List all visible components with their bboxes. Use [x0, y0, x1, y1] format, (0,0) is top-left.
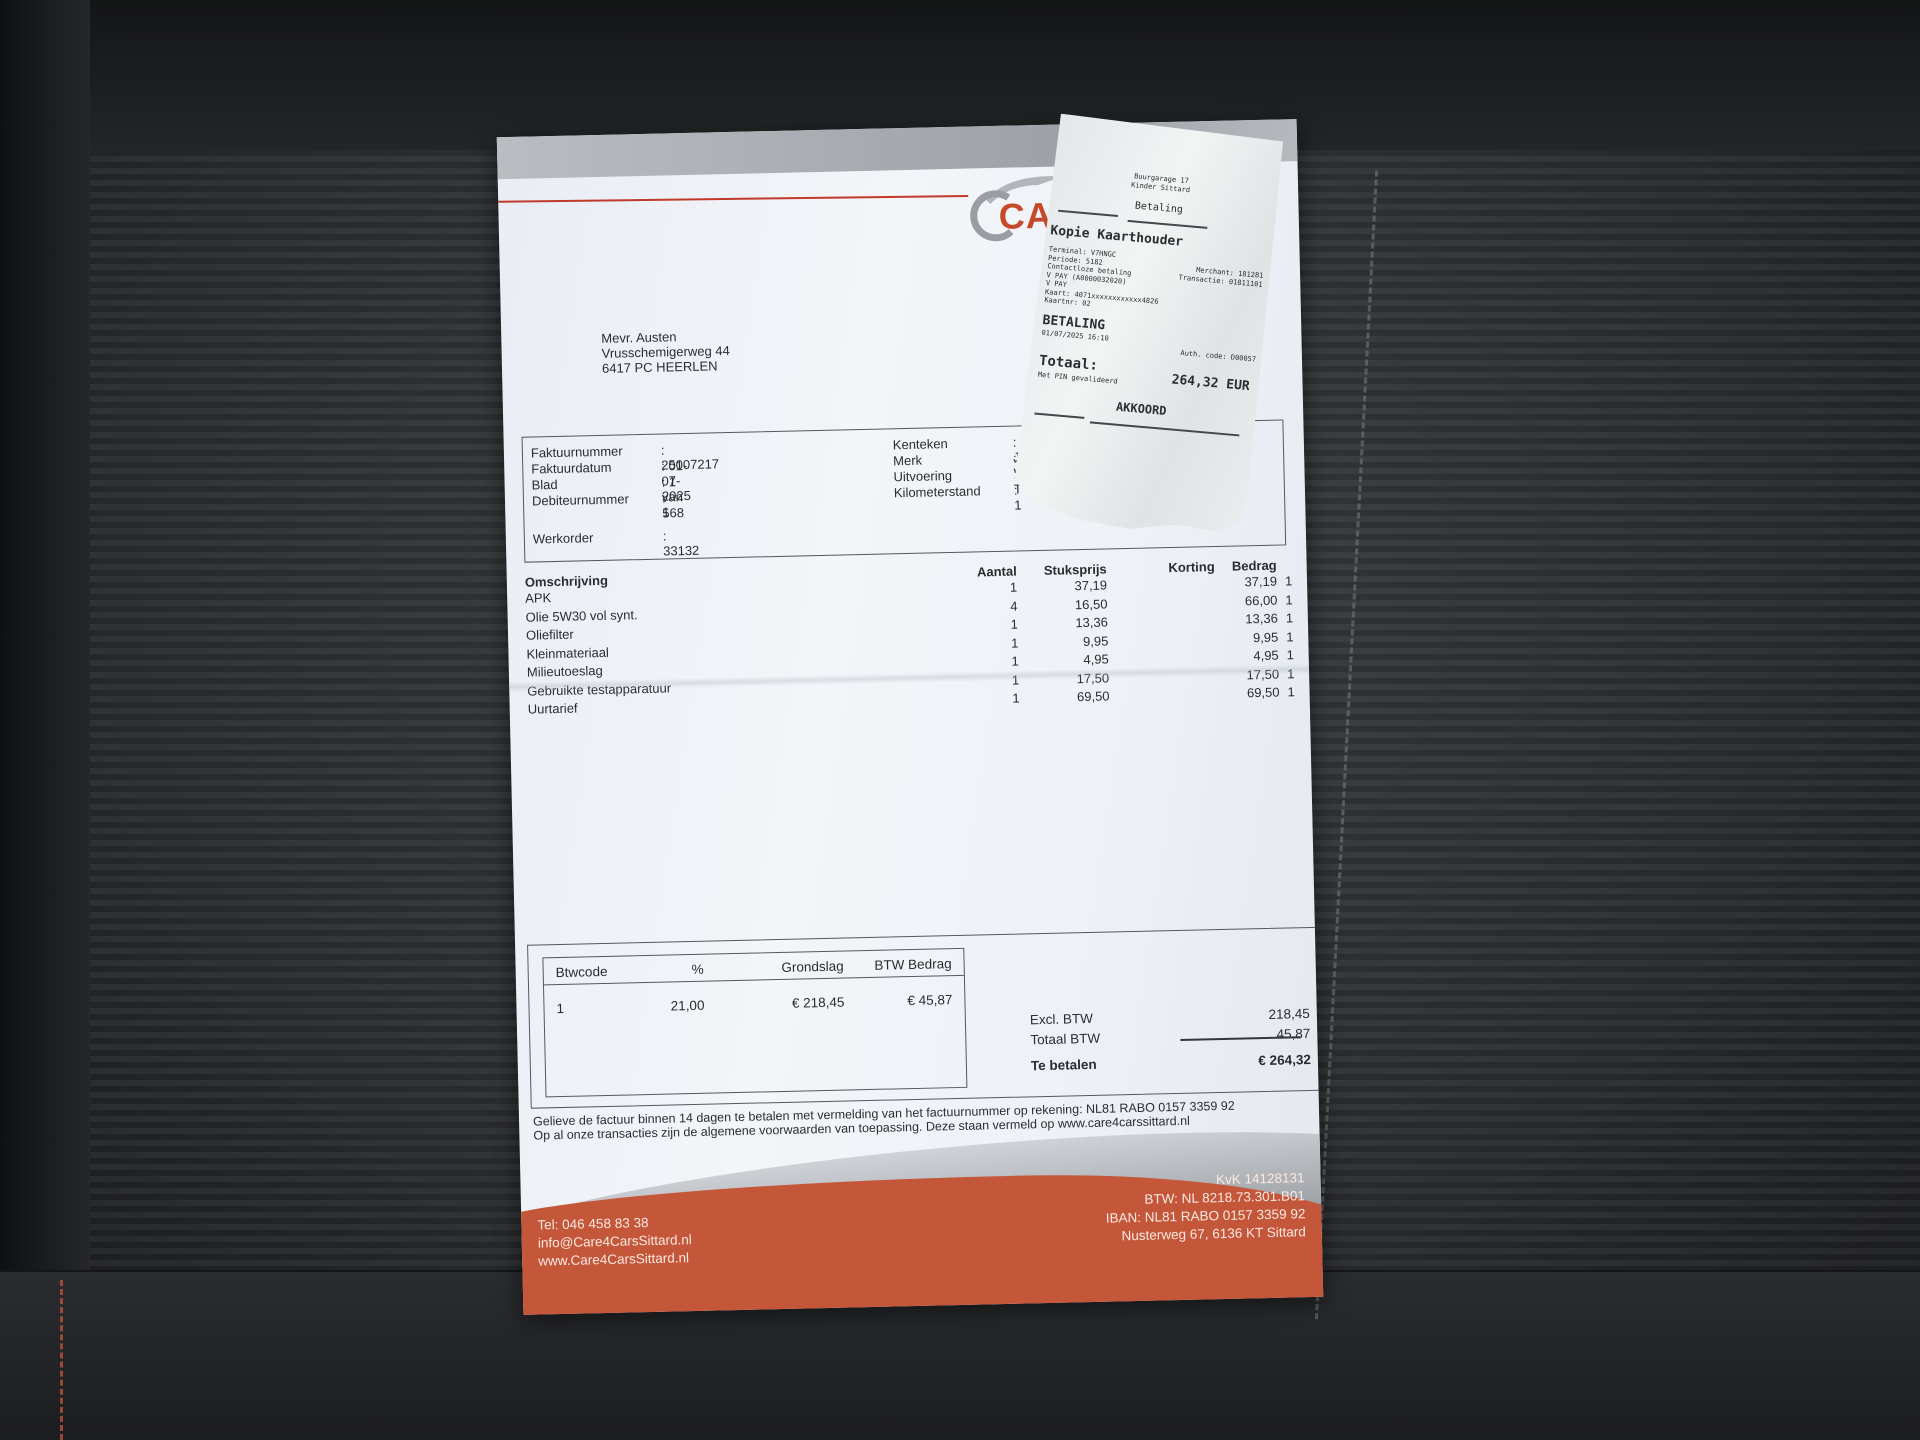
line-description: Milieutoeslag — [527, 663, 603, 680]
seat-red-stitching — [60, 1280, 69, 1440]
line-vat-code: 1 — [1286, 629, 1300, 644]
footer-contact: Tel: 046 458 83 38 info@Care4CarsSittard… — [537, 1213, 692, 1270]
total-value: € 264,32 — [1258, 1052, 1311, 1068]
line-description: Uurtarief — [528, 701, 578, 717]
vehicle-label: Merk — [893, 450, 1023, 468]
receipt-divider — [1058, 210, 1118, 217]
line-description: Oliefilter — [526, 627, 574, 643]
vat-total-value: 45,87 — [1276, 1026, 1310, 1042]
receipt-status: AKKOORD — [1035, 393, 1247, 425]
vat-table: Btwcode % Grondslag BTW Bedrag 1 21,00 €… — [542, 948, 967, 1098]
vat-header-row: Btwcode % Grondslag BTW Bedrag — [543, 949, 964, 986]
vat-amount: € 45,87 — [844, 992, 952, 1009]
recipient-address: Mevr. Austen Vrusschemigerweg 44 6417 PC… — [601, 328, 730, 376]
detail-label: Debiteurnummer — [532, 491, 662, 509]
receipt-auth-code: D00057 — [1230, 353, 1256, 363]
summary-total: Te betalen € 264,32 — [1031, 1052, 1311, 1058]
receipt-divider — [1090, 421, 1240, 436]
receipt-divider — [1034, 413, 1084, 419]
line-quantity: 1 — [977, 580, 1017, 596]
line-description: Olie 5W30 vol synt. — [525, 607, 637, 625]
receipt-divider — [1128, 220, 1208, 228]
vat-header-percent: % — [654, 962, 704, 978]
detail-label: Werkorder — [533, 529, 663, 547]
vat-header-amount: BTW Bedrag — [843, 956, 951, 973]
header-quantity: Aantal — [977, 564, 1017, 580]
excl-value: 218,45 — [1268, 1006, 1310, 1022]
totals-box: Btwcode % Grondslag BTW Bedrag 1 21,00 €… — [527, 926, 1323, 1109]
vat-base: € 218,45 — [734, 995, 844, 1012]
line-vat-code: 1 — [1286, 610, 1300, 625]
line-vat-code: 1 — [1285, 592, 1299, 607]
line-unit-price: 9,95 — [1018, 633, 1108, 650]
detail-label: Faktuurdatum — [531, 459, 661, 477]
line-unit-price: 69,50 — [1019, 688, 1109, 705]
detail-label: Blad — [531, 475, 661, 493]
line-vat-code: 1 — [1287, 647, 1301, 662]
header-discount: Korting — [1125, 559, 1215, 576]
line-quantity: 1 — [979, 654, 1019, 670]
line-quantity: 4 — [977, 598, 1017, 614]
vat-row: 1 21,00 € 218,45 € 45,87 — [544, 985, 964, 995]
line-quantity: 1 — [979, 691, 1019, 707]
footer-company-info: KvK 14128131 BTW: NL 8218.73.301.B01 IBA… — [1105, 1169, 1306, 1246]
line-unit-price: 16,50 — [1017, 596, 1107, 613]
excl-label: Excl. BTW — [1030, 1011, 1093, 1027]
line-quantity: 1 — [978, 635, 1018, 651]
vehicle-label: Uitvoering — [893, 466, 1023, 484]
detail-value: : 568 — [662, 490, 684, 520]
line-description: APK — [525, 590, 551, 606]
header-description: Omschrijving — [525, 573, 608, 590]
vehicle-label: Kenteken — [893, 434, 1023, 452]
line-amount: 66,00 — [1205, 592, 1277, 609]
line-vat-code: 1 — [1285, 573, 1299, 588]
vat-total-label: Totaal BTW — [1030, 1031, 1100, 1048]
line-amount: 37,19 — [1205, 574, 1277, 591]
vehicle-label: Kilometerstand — [894, 482, 1024, 500]
seat-side-bolster — [0, 0, 90, 1440]
vat-header-base: Grondslag — [733, 959, 843, 976]
line-amount: 13,36 — [1206, 611, 1278, 628]
detail-value: : 33132 — [663, 528, 700, 559]
vat-code: 1 — [556, 1001, 564, 1016]
vat-percent: 21,00 — [654, 998, 704, 1014]
line-unit-price: 37,19 — [1017, 577, 1107, 594]
vehicle-value: : 1 — [1014, 482, 1022, 512]
line-unit-price: 13,36 — [1018, 614, 1108, 631]
header-red-line — [498, 195, 968, 203]
line-description: Kleinmateriaal — [526, 644, 609, 661]
footer-website: www.Care4CarsSittard.nl — [538, 1249, 692, 1270]
detail-label: Faktuurnummer — [531, 443, 661, 461]
line-quantity: 1 — [978, 617, 1018, 633]
recipient-city: 6417 PC HEERLEN — [602, 358, 730, 376]
total-label: Te betalen — [1031, 1057, 1097, 1073]
summary-excl: Excl. BTW 218,45 — [1030, 1006, 1310, 1012]
header-amount: Bedrag — [1204, 558, 1276, 575]
line-amount: 4,95 — [1207, 648, 1279, 665]
line-vat-code: 1 — [1287, 684, 1301, 699]
invoice-lines-table: Omschrijving Aantal Stuksprijs Korting B… — [525, 557, 1308, 720]
line-amount: 9,95 — [1206, 629, 1278, 646]
header-unit-price: Stuksprijs — [1017, 562, 1107, 579]
line-amount: 69,50 — [1207, 685, 1279, 702]
vat-header-code: Btwcode — [556, 964, 608, 980]
line-unit-price: 4,95 — [1019, 651, 1109, 668]
summary-vat: Totaal BTW 45,87 — [1030, 1026, 1310, 1032]
